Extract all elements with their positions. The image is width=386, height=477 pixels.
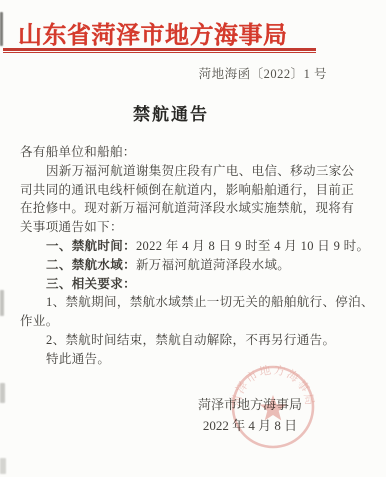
body-line: 因新万福河航道谢集贺庄段有广电、电信、移动三家公 xyxy=(20,162,356,181)
seal-star-icon xyxy=(260,395,287,420)
doc-number: 菏地海函〔2022〕1 号 xyxy=(199,64,327,82)
document-page: 山东省菏泽市地方海事局 菏地海函〔2022〕1 号 禁航通告 各有船单位和船舶：… xyxy=(0,0,386,477)
scan-artifact xyxy=(0,290,4,316)
requirement-2: 2、禁航时间结束，禁航自动解除，不再另行通告。 xyxy=(20,331,356,350)
divider-thin-line xyxy=(3,52,316,53)
notice-title: 禁航通告 xyxy=(0,100,342,125)
requirement-1: 1、禁航期间，禁航水域禁止一切无关的船舶航行、停泊、 xyxy=(20,293,356,312)
org-title: 山东省菏泽市地方海事局 xyxy=(18,15,368,50)
body-line: 关事项通告如下： xyxy=(20,218,356,237)
item-requirements: 三、相关要求： xyxy=(20,275,356,294)
item-ban-waters: 二、禁航水域：新万福河航道菏泽段水域。 xyxy=(20,256,356,275)
scan-artifact xyxy=(0,458,6,474)
header-divider xyxy=(3,48,316,53)
scan-artifact xyxy=(0,383,5,403)
requirement-1-cont: 作业。 xyxy=(20,312,356,331)
body-line: 司共同的通讯电线杆倾倒在航道内，影响船舶通行，目前正 xyxy=(20,181,356,200)
divider-thick-line xyxy=(3,48,316,51)
salutation-line: 各有船单位和船舶： xyxy=(20,143,356,162)
item-ban-time: 一、禁航时间：2022 年 4 月 8 日 9 时至 4 月 10 日 9 时。 xyxy=(20,237,356,256)
body-line: 在抢修中。现对新万福河航道菏泽段水域实施禁航，现将有 xyxy=(20,199,356,218)
scan-artifact xyxy=(0,12,3,46)
notice-body: 各有船单位和船舶： 因新万福河航道谢集贺庄段有广电、电信、移动三家公 司共同的通… xyxy=(20,143,356,369)
official-seal-stamp: 菏泽市地方海事局 xyxy=(223,357,323,457)
